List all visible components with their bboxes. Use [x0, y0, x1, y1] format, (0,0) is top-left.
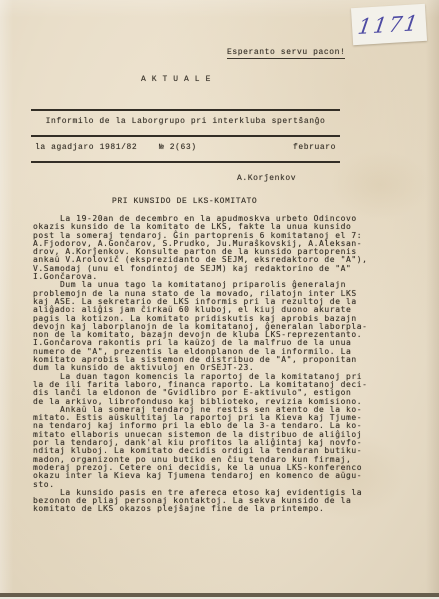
- paper-stain: [330, 150, 430, 220]
- handwritten-number: 1171: [357, 10, 422, 38]
- article-body: La 19-20an de decembro en la apudmoskva …: [33, 215, 368, 514]
- masthead-subtitle: Informilo de la Laborgrupo pri interklub…: [31, 111, 340, 137]
- newsletter-title: A K T U A L E: [141, 75, 211, 84]
- masthead-issue-number: № 2(63): [159, 143, 197, 152]
- slogan-text: Esperanto servu pacon!: [227, 48, 345, 59]
- masthead-month: februaro: [293, 143, 336, 152]
- inventory-sticker: 1171: [351, 4, 427, 45]
- article-title: PRI KUNSIDO DE LKS-KOMITATO: [112, 197, 257, 206]
- masthead-season: la agadjaro 1981/82: [35, 143, 137, 152]
- masthead-issue-row: la agadjaro 1981/82 № 2(63) februaro: [31, 137, 340, 161]
- scanned-newsletter-page: 1171 Esperanto servu pacon! A K T U A L …: [0, 0, 439, 599]
- masthead-table: Informilo de la Laborgrupo pri interklub…: [31, 109, 340, 163]
- article-author: A.Korĵenkov: [237, 174, 296, 183]
